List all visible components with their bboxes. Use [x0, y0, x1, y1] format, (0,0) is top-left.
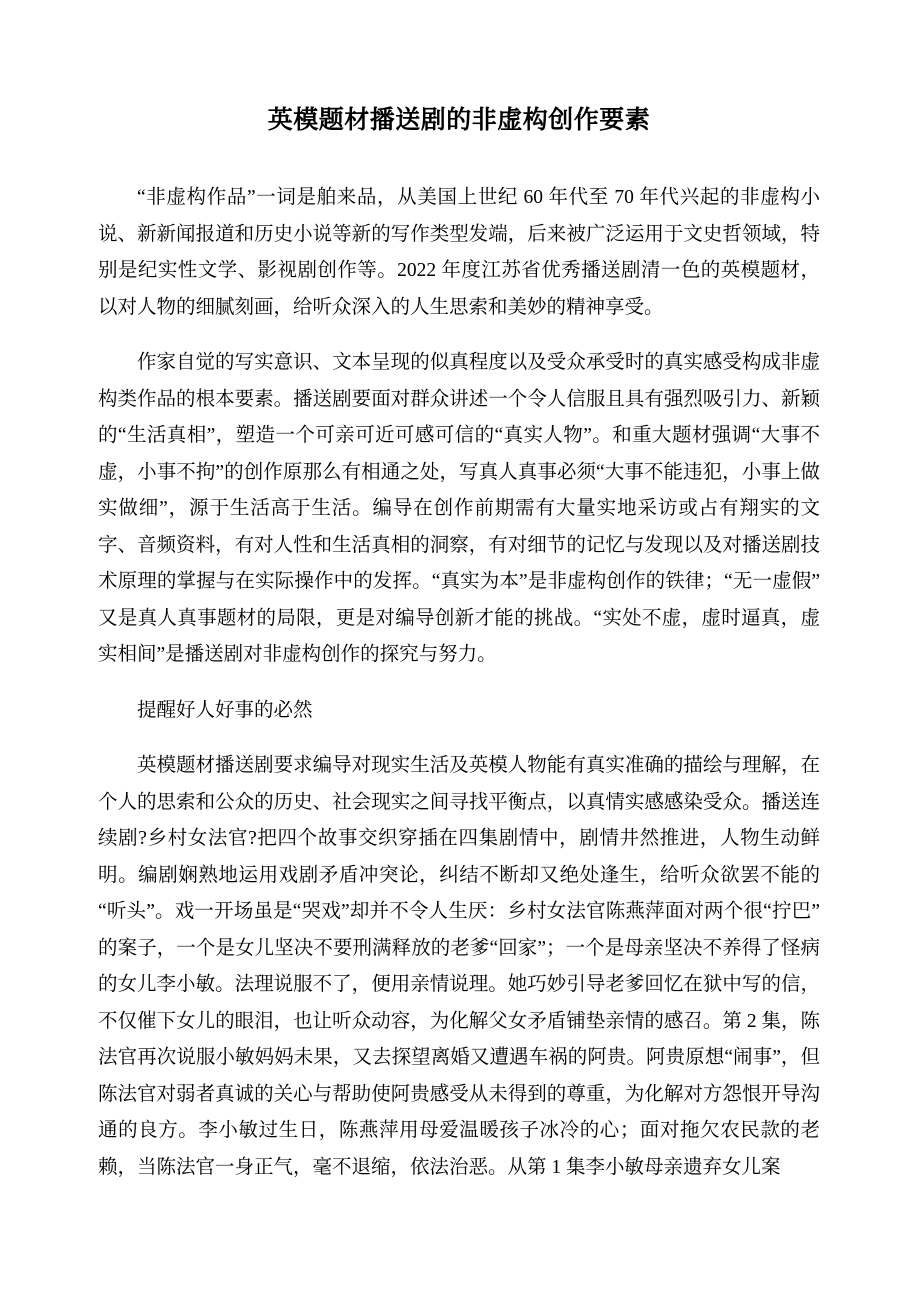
paragraph-nonfiction-elements: 作家自觉的写实意识、文本呈现的似真程度以及受众承受时的真实感受构成非虚构类作品的…: [98, 345, 820, 674]
paragraph-drama-analysis: 英模题材播送剧要求编导对现实生活及英模人物能有真实准确的描绘与理解，在个人的思索…: [98, 748, 820, 1186]
document-page: 英模题材播送剧的非虚构创作要素 “非虚构作品”一词是舶来品，从美国上世纪 60 …: [0, 0, 920, 1302]
document-title: 英模题材播送剧的非虚构创作要素: [98, 102, 820, 139]
section-heading: 提醒好人好事的必然: [98, 693, 820, 730]
paragraph-intro: “非虚构作品”一词是舶来品，从美国上世纪 60 年代至 70 年代兴起的非虚构小…: [98, 180, 820, 326]
